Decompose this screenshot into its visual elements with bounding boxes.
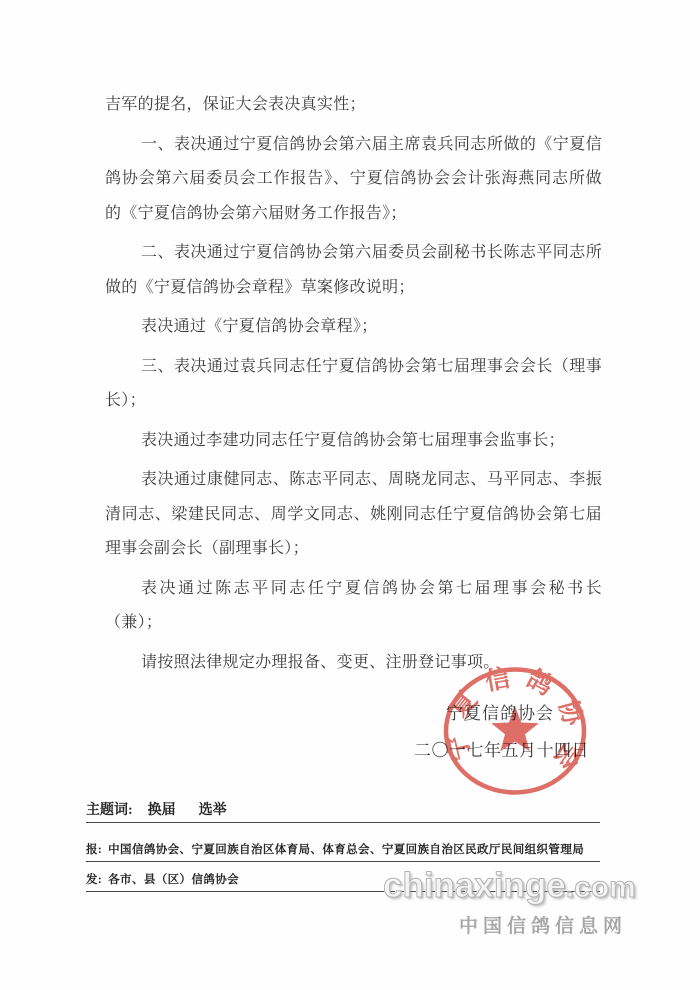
body-paragraph: 表决通过陈志平同志任宁夏信鸽协会第七届理事会秘书长（兼）；: [105, 572, 602, 641]
subject-label: 主题词:: [86, 803, 133, 818]
seal-star-icon: [491, 706, 539, 751]
footer-report-row: 报:中国信鸽协会、宁夏回族自治区体育局、体育总会、宁夏回族自治区民政厅民间组织管…: [86, 841, 600, 862]
body-paragraph: 表决通过康健同志、陈志平同志、周晓龙同志、马平同志、李振清同志、梁建民同志、周学…: [105, 463, 602, 567]
watermark-cn-text: 中国信鸽信息网: [459, 911, 627, 938]
body-text: 吉军的提名，保证大会表决真实性；一、表决通过宁夏信鸽协会第六届主席袁兵同志所做的…: [105, 88, 602, 685]
body-paragraph: 表决通过李建功同志任宁夏信鸽协会第七届理事会监事长；: [105, 424, 602, 459]
watermark-site-tld: .com: [566, 871, 636, 904]
watermark-site-logo: chinaxinge.com: [383, 869, 636, 904]
body-paragraph: 吉军的提名，保证大会表决真实性；: [105, 88, 602, 123]
send-text: 各市、县（区）信鸽协会: [108, 874, 239, 886]
report-text: 中国信鸽协会、宁夏回族自治区体育局、体育总会、宁夏回族自治区民政厅民间组织管理局: [108, 844, 584, 856]
document-page: 吉军的提名，保证大会表决真实性；一、表决通过宁夏信鸽协会第六届主席袁兵同志所做的…: [0, 0, 700, 990]
official-seal: 宁夏信鸽协会: [442, 666, 588, 798]
subject-term-2: 选举: [199, 803, 227, 818]
report-label: 报:: [86, 844, 102, 856]
watermark-site-text: chinaxinge: [383, 866, 566, 905]
body-paragraph: 表决通过《宁夏信鸽协会章程》；: [105, 310, 602, 345]
body-paragraph: 一、表决通过宁夏信鸽协会第六届主席袁兵同志所做的《宁夏信鸽协会第六届委员会工作报…: [105, 128, 602, 232]
footer-subject-row: 主题词:换届选举: [86, 799, 600, 823]
subject-term-1: 换届: [148, 803, 176, 818]
body-paragraph: 三、表决通过袁兵同志任宁夏信鸽协会第七届理事会会长（理事长）；: [105, 350, 602, 419]
body-paragraph: 二、表决通过宁夏信鸽协会第六届委员会副秘书长陈志平同志所做的《宁夏信鸽协会章程》…: [105, 236, 602, 305]
send-label: 发:: [86, 874, 102, 886]
